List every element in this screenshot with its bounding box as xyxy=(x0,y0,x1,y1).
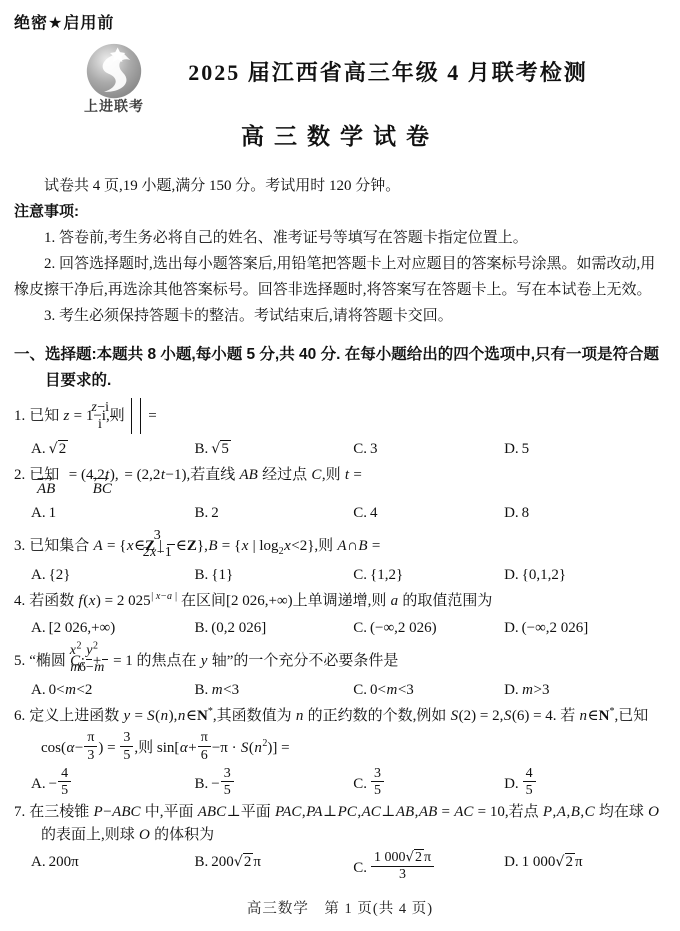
option-c: C.35 xyxy=(353,766,504,798)
section-title-choice: 一、选择题:本题共 8 小题,每小题 5 分,共 40 分. 在每小题给出的四个… xyxy=(14,342,666,394)
option-label: A. xyxy=(31,441,49,457)
option-b: B.{1} xyxy=(195,563,354,587)
question-1-options: A.√2 B.√5 C.3 D.5 xyxy=(31,437,666,461)
paper-summary: 试卷共 4 页,19 小题,满分 150 分。考试用时 120 分钟。 xyxy=(14,173,666,199)
question-5-stem: 5.“椭圆 C:x2m+y26−m = 1 的焦点在 y 轴”的一个充分不必要条… xyxy=(14,643,666,675)
option-label: B. xyxy=(195,776,212,792)
option-label: B. xyxy=(195,505,212,521)
option-value: 5 xyxy=(522,441,530,457)
option-label: A. xyxy=(31,776,49,792)
exam-page: 绝密★启用前 上进联考 2025 届江西省高三年级 4 月联考检测 高三数学试卷… xyxy=(0,0,680,931)
option-d: D.45 xyxy=(504,766,666,798)
intro-block: 试卷共 4 页,19 小题,满分 150 分。考试用时 120 分钟。 注意事项… xyxy=(14,173,666,329)
option-a: A.−45 xyxy=(31,766,195,798)
question-6-stem-line2: cos(α−π3) = 35,则 sin[α+π6−π · S(n2)] = xyxy=(14,730,666,762)
notice-title: 注意事项: xyxy=(14,199,666,225)
question-text: 若函数 f(x) = 2 025| x−a | 在区间[2 026,+∞)上单调… xyxy=(29,593,492,609)
option-value: −35 xyxy=(211,776,234,792)
option-label: D. xyxy=(504,567,522,583)
question-6-options: A.−45 B.−35 C.35 D.45 xyxy=(31,766,666,798)
option-value: {0,1,2} xyxy=(522,567,566,583)
option-value: √2 xyxy=(49,440,69,457)
logo-icon xyxy=(85,42,143,100)
option-value: 3 xyxy=(370,441,378,457)
option-label: D. xyxy=(504,505,522,521)
option-b: B.2 xyxy=(195,501,354,525)
option-label: D. xyxy=(504,441,522,457)
question-number: 2. xyxy=(14,467,29,483)
option-value: 200π xyxy=(49,854,79,870)
option-a: A.[2 026,+∞) xyxy=(31,616,195,640)
question-text: 已知 z = 1−i,则 z−ii = xyxy=(29,408,156,424)
option-b: B.(0,2 026] xyxy=(195,616,354,640)
option-value: 200√2π xyxy=(211,853,261,870)
option-value: m<3 xyxy=(211,682,239,698)
option-label: B. xyxy=(195,620,212,636)
option-value: 45 xyxy=(522,776,537,792)
option-c: C.{1,2} xyxy=(353,563,504,587)
question-3-options: A.{2} B.{1} C.{1,2} D.{0,1,2} xyxy=(31,563,666,587)
option-label: C. xyxy=(353,567,370,583)
question-text: 定义上进函数 y = S(n),n∈N*,其函数值为 n 的正约数的个数,例如 … xyxy=(29,708,648,724)
option-value: √5 xyxy=(211,440,231,457)
option-label: C. xyxy=(353,505,370,521)
option-c: C.3 xyxy=(353,437,504,461)
publisher-logo: 上进联考 xyxy=(72,42,156,116)
question-7-stem: 7.在三棱锥 P−ABC 中,平面 ABC⊥平面 PAC,PA⊥PC,AC⊥AB… xyxy=(14,801,666,847)
option-value: 1 xyxy=(49,505,57,521)
question-number: 5. xyxy=(14,653,29,669)
question-6-stem: 6.定义上进函数 y = S(n),n∈N*,其函数值为 n 的正约数的个数,例… xyxy=(14,705,666,728)
option-a: A.√2 xyxy=(31,437,195,461)
question-5: 5.“椭圆 C:x2m+y26−m = 1 的焦点在 y 轴”的一个充分不必要条… xyxy=(14,643,666,702)
option-a: A.1 xyxy=(31,501,195,525)
option-value: −45 xyxy=(49,776,72,792)
option-a: A.0<m<2 xyxy=(31,678,195,702)
question-number: 7. xyxy=(14,804,29,820)
option-label: A. xyxy=(31,682,49,698)
option-d: D.5 xyxy=(504,437,666,461)
option-value: (0,2 026] xyxy=(211,620,266,636)
page-footer: 高三数学 第 1 页(共 4 页) xyxy=(0,897,680,918)
question-text: 在三棱锥 P−ABC 中,平面 ABC⊥平面 PAC,PA⊥PC,AC⊥AB,A… xyxy=(29,804,659,843)
notice-item-2: 2. 回答选择题时,选出每小题答案后,用铅笔把答题卡上对应题目的答案标号涂黑。如… xyxy=(14,251,666,303)
question-3: 3.已知集合 A = {x∈Z | 32x−1∈Z},B = {x | log2… xyxy=(14,528,666,587)
question-4: 4.若函数 f(x) = 2 025| x−a | 在区间[2 026,+∞)上… xyxy=(14,590,666,640)
option-value: {1} xyxy=(211,567,233,583)
question-number: 3. xyxy=(14,538,29,554)
option-label: A. xyxy=(31,620,49,636)
paper-title: 高三数学试卷 xyxy=(14,118,666,151)
option-d: D.m>3 xyxy=(504,678,666,702)
question-4-stem: 4.若函数 f(x) = 2 025| x−a | 在区间[2 026,+∞)上… xyxy=(14,590,666,613)
option-b: B.−35 xyxy=(195,766,354,798)
notice-item-3: 3. 考生必须保持答题卡的整洁。考试结束后,请将答题卡交回。 xyxy=(14,303,666,329)
question-list: 1.已知 z = 1−i,则 z−ii = A.√2 B.√5 C.3 D.5 … xyxy=(14,398,666,882)
question-3-stem: 3.已知集合 A = {x∈Z | 32x−1∈Z},B = {x | log2… xyxy=(14,528,666,560)
option-d: D.8 xyxy=(504,501,666,525)
option-value: {2} xyxy=(49,567,71,583)
classification-banner: 绝密★启用前 xyxy=(14,10,666,33)
option-label: C. xyxy=(353,776,370,792)
question-2-options: A.1 B.2 C.4 D.8 xyxy=(31,501,666,525)
option-value: (−∞,2 026] xyxy=(522,620,589,636)
option-value: [2 026,+∞) xyxy=(49,620,116,636)
question-text: “椭圆 C:x2m+y26−m = 1 的焦点在 y 轴”的一个充分不必要条件是 xyxy=(29,653,398,669)
option-value: 35 xyxy=(370,776,385,792)
option-value: m>3 xyxy=(522,682,550,698)
option-value: (−∞,2 026) xyxy=(370,620,437,636)
option-c: C.4 xyxy=(353,501,504,525)
option-label: A. xyxy=(31,567,49,583)
option-a: A.200π xyxy=(31,850,195,882)
option-label: C. xyxy=(353,860,370,876)
question-1: 1.已知 z = 1−i,则 z−ii = A.√2 B.√5 C.3 D.5 xyxy=(14,398,666,461)
question-number: 1. xyxy=(14,408,29,424)
option-value: 1 000√2π xyxy=(522,853,583,870)
question-text: 已知集合 A = {x∈Z | 32x−1∈Z},B = {x | log2x<… xyxy=(29,538,380,554)
option-label: C. xyxy=(353,682,370,698)
option-label: D. xyxy=(504,854,522,870)
question-number: 6. xyxy=(14,708,29,724)
notice-item-1: 1. 答卷前,考生务必将自己的姓名、准考证号等填写在答题卡指定位置上。 xyxy=(14,225,666,251)
option-c: C.1 000√2π3 xyxy=(353,850,504,882)
option-d: D.1 000√2π xyxy=(504,850,666,882)
option-c: C.0<m<3 xyxy=(353,678,504,702)
option-label: D. xyxy=(504,776,522,792)
option-value: 2 xyxy=(211,505,219,521)
option-value: 0<m<3 xyxy=(370,682,414,698)
option-value: 0<m<2 xyxy=(49,682,93,698)
logo-caption: 上进联考 xyxy=(72,96,156,116)
option-label: D. xyxy=(504,682,522,698)
option-a: A.{2} xyxy=(31,563,195,587)
exam-title: 2025 届江西省高三年级 4 月联考检测 xyxy=(156,56,666,87)
question-2: 2.已知 ⟶AB = (4,2t),⟶BC = (2,2t−1),若直线 AB … xyxy=(14,464,666,525)
option-c: C.(−∞,2 026) xyxy=(353,616,504,640)
option-value: 4 xyxy=(370,505,378,521)
option-label: C. xyxy=(353,620,370,636)
option-label: A. xyxy=(31,505,49,521)
question-1-stem: 1.已知 z = 1−i,则 z−ii = xyxy=(14,398,666,434)
option-value: 1 000√2π3 xyxy=(370,860,435,876)
option-b: B.200√2π xyxy=(195,850,354,882)
option-label: B. xyxy=(195,854,212,870)
question-2-stem: 2.已知 ⟶AB = (4,2t),⟶BC = (2,2t−1),若直线 AB … xyxy=(14,464,666,498)
option-d: D.{0,1,2} xyxy=(504,563,666,587)
question-6: 6.定义上进函数 y = S(n),n∈N*,其函数值为 n 的正约数的个数,例… xyxy=(14,705,666,797)
question-text: 已知 ⟶AB = (4,2t),⟶BC = (2,2t−1),若直线 AB 经过… xyxy=(29,467,362,483)
question-number: 4. xyxy=(14,593,29,609)
header: 上进联考 2025 届江西省高三年级 4 月联考检测 xyxy=(14,42,666,116)
option-label: D. xyxy=(504,620,522,636)
option-value: 8 xyxy=(522,505,530,521)
option-label: B. xyxy=(195,567,212,583)
option-b: B.√5 xyxy=(195,437,354,461)
option-d: D.(−∞,2 026] xyxy=(504,616,666,640)
question-5-options: A.0<m<2 B.m<3 C.0<m<3 D.m>3 xyxy=(31,678,666,702)
option-label: C. xyxy=(353,441,370,457)
question-7: 7.在三棱锥 P−ABC 中,平面 ABC⊥平面 PAC,PA⊥PC,AC⊥AB… xyxy=(14,801,666,882)
option-label: B. xyxy=(195,682,212,698)
question-4-options: A.[2 026,+∞) B.(0,2 026] C.(−∞,2 026) D.… xyxy=(31,616,666,640)
option-b: B.m<3 xyxy=(195,678,354,702)
option-label: A. xyxy=(31,854,49,870)
option-value: {1,2} xyxy=(370,567,403,583)
question-7-options: A.200π B.200√2π C.1 000√2π3 D.1 000√2π xyxy=(31,850,666,882)
option-label: B. xyxy=(195,441,212,457)
